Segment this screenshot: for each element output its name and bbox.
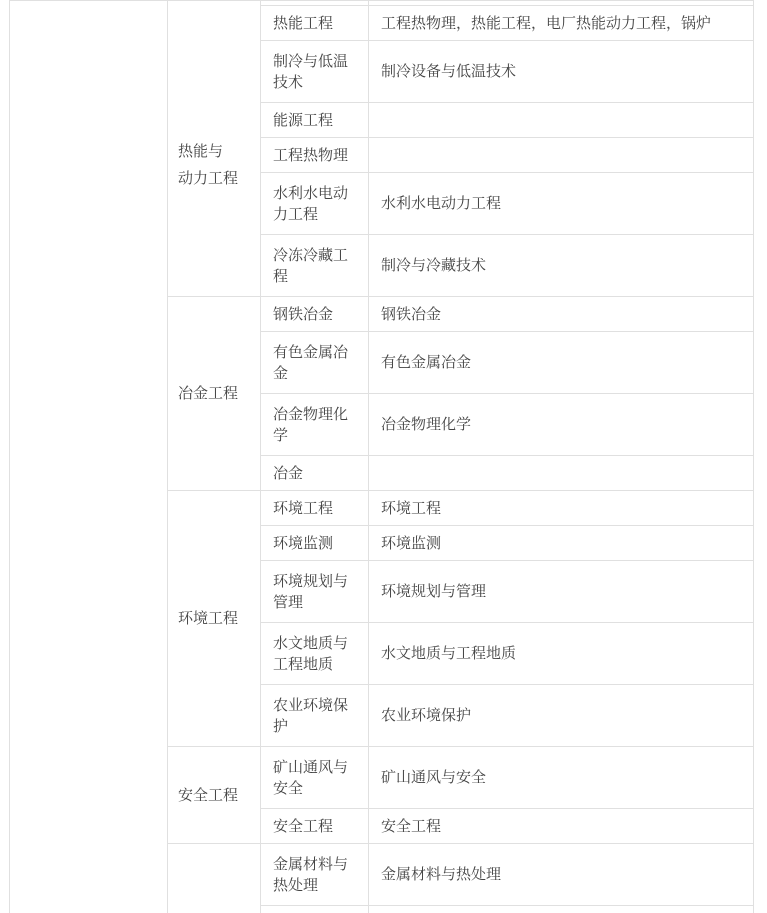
- category-cell: 热能与动力工程: [168, 1, 261, 297]
- old-specialty-cell: [369, 138, 754, 173]
- specialty-cell: 冶金物理化学: [261, 394, 369, 456]
- old-specialty-cell: 农业环境保护: [369, 685, 754, 747]
- category-line: 安全工程: [178, 782, 250, 809]
- category-cell: 冶金工程: [168, 297, 261, 491]
- category-cell: 环境工程: [168, 491, 261, 747]
- old-specialty-cell: 工程热物理，热能工程，电厂热能动力工程，锅炉: [369, 6, 754, 41]
- specialty-cell: 有色金属冶金: [261, 332, 369, 394]
- major-table-body: 热能与动力工程热能工程工程热物理，热能工程，电厂热能动力工程，锅炉制冷与低温技术…: [10, 1, 754, 913]
- old-specialty-cell: 环境工程: [369, 491, 754, 526]
- specialty-cell: 水文地质与工程地质: [261, 623, 369, 685]
- old-specialty-cell: 制冷设备与低温技术: [369, 41, 754, 103]
- specialty-cell: 工程热物理: [261, 138, 369, 173]
- specialty-cell: 安全工程: [261, 809, 369, 844]
- category-line: 环境工程: [178, 605, 250, 632]
- specialty-cell: 农业环境保护: [261, 685, 369, 747]
- old-specialty-cell: 有色金属冶金: [369, 332, 754, 394]
- specialty-cell: 钢铁冶金: [261, 297, 369, 332]
- category-line: 冶金工程: [178, 380, 250, 407]
- old-specialty-cell: 水文地质与工程地质: [369, 623, 754, 685]
- specialty-cell: 金属材料与热处理: [261, 844, 369, 906]
- specialty-cell: 环境规划与管理: [261, 561, 369, 623]
- category-cell: 安全工程: [168, 747, 261, 844]
- old-specialty-cell: 制冷与冷藏技术: [369, 235, 754, 297]
- left-empty-cell: [10, 1, 168, 913]
- old-specialty-cell: [369, 103, 754, 138]
- specialty-cell: 环境工程: [261, 491, 369, 526]
- specialty-cell: 冷冻冷藏工程: [261, 235, 369, 297]
- old-specialty-cell: [369, 906, 754, 913]
- category-line: 热能与: [178, 138, 250, 165]
- specialty-cell: 矿山通风与安全: [261, 747, 369, 809]
- category-cell: [168, 844, 261, 913]
- specialty-cell: 冶金: [261, 456, 369, 491]
- major-comparison-table: 热能与动力工程热能工程工程热物理，热能工程，电厂热能动力工程，锅炉制冷与低温技术…: [9, 0, 754, 913]
- specialty-cell: 热能工程: [261, 6, 369, 41]
- specialty-cell: 环境监测: [261, 526, 369, 561]
- category-line: 动力工程: [178, 165, 250, 192]
- old-specialty-cell: 金属材料与热处理: [369, 844, 754, 906]
- old-specialty-cell: [369, 456, 754, 491]
- old-specialty-cell: 环境监测: [369, 526, 754, 561]
- specialty-cell: 水利水电动力工程: [261, 173, 369, 235]
- old-specialty-cell: 水利水电动力工程: [369, 173, 754, 235]
- old-specialty-cell: 钢铁冶金: [369, 297, 754, 332]
- old-specialty-cell: 安全工程: [369, 809, 754, 844]
- specialty-cell: 制冷与低温技术: [261, 41, 369, 103]
- old-specialty-cell: 冶金物理化学: [369, 394, 754, 456]
- page: 热能与动力工程热能工程工程热物理，热能工程，电厂热能动力工程，锅炉制冷与低温技术…: [0, 0, 767, 913]
- old-specialty-cell: 环境规划与管理: [369, 561, 754, 623]
- old-specialty-cell: 矿山通风与安全: [369, 747, 754, 809]
- specialty-cell: 能源工程: [261, 103, 369, 138]
- specialty-cell: [261, 906, 369, 913]
